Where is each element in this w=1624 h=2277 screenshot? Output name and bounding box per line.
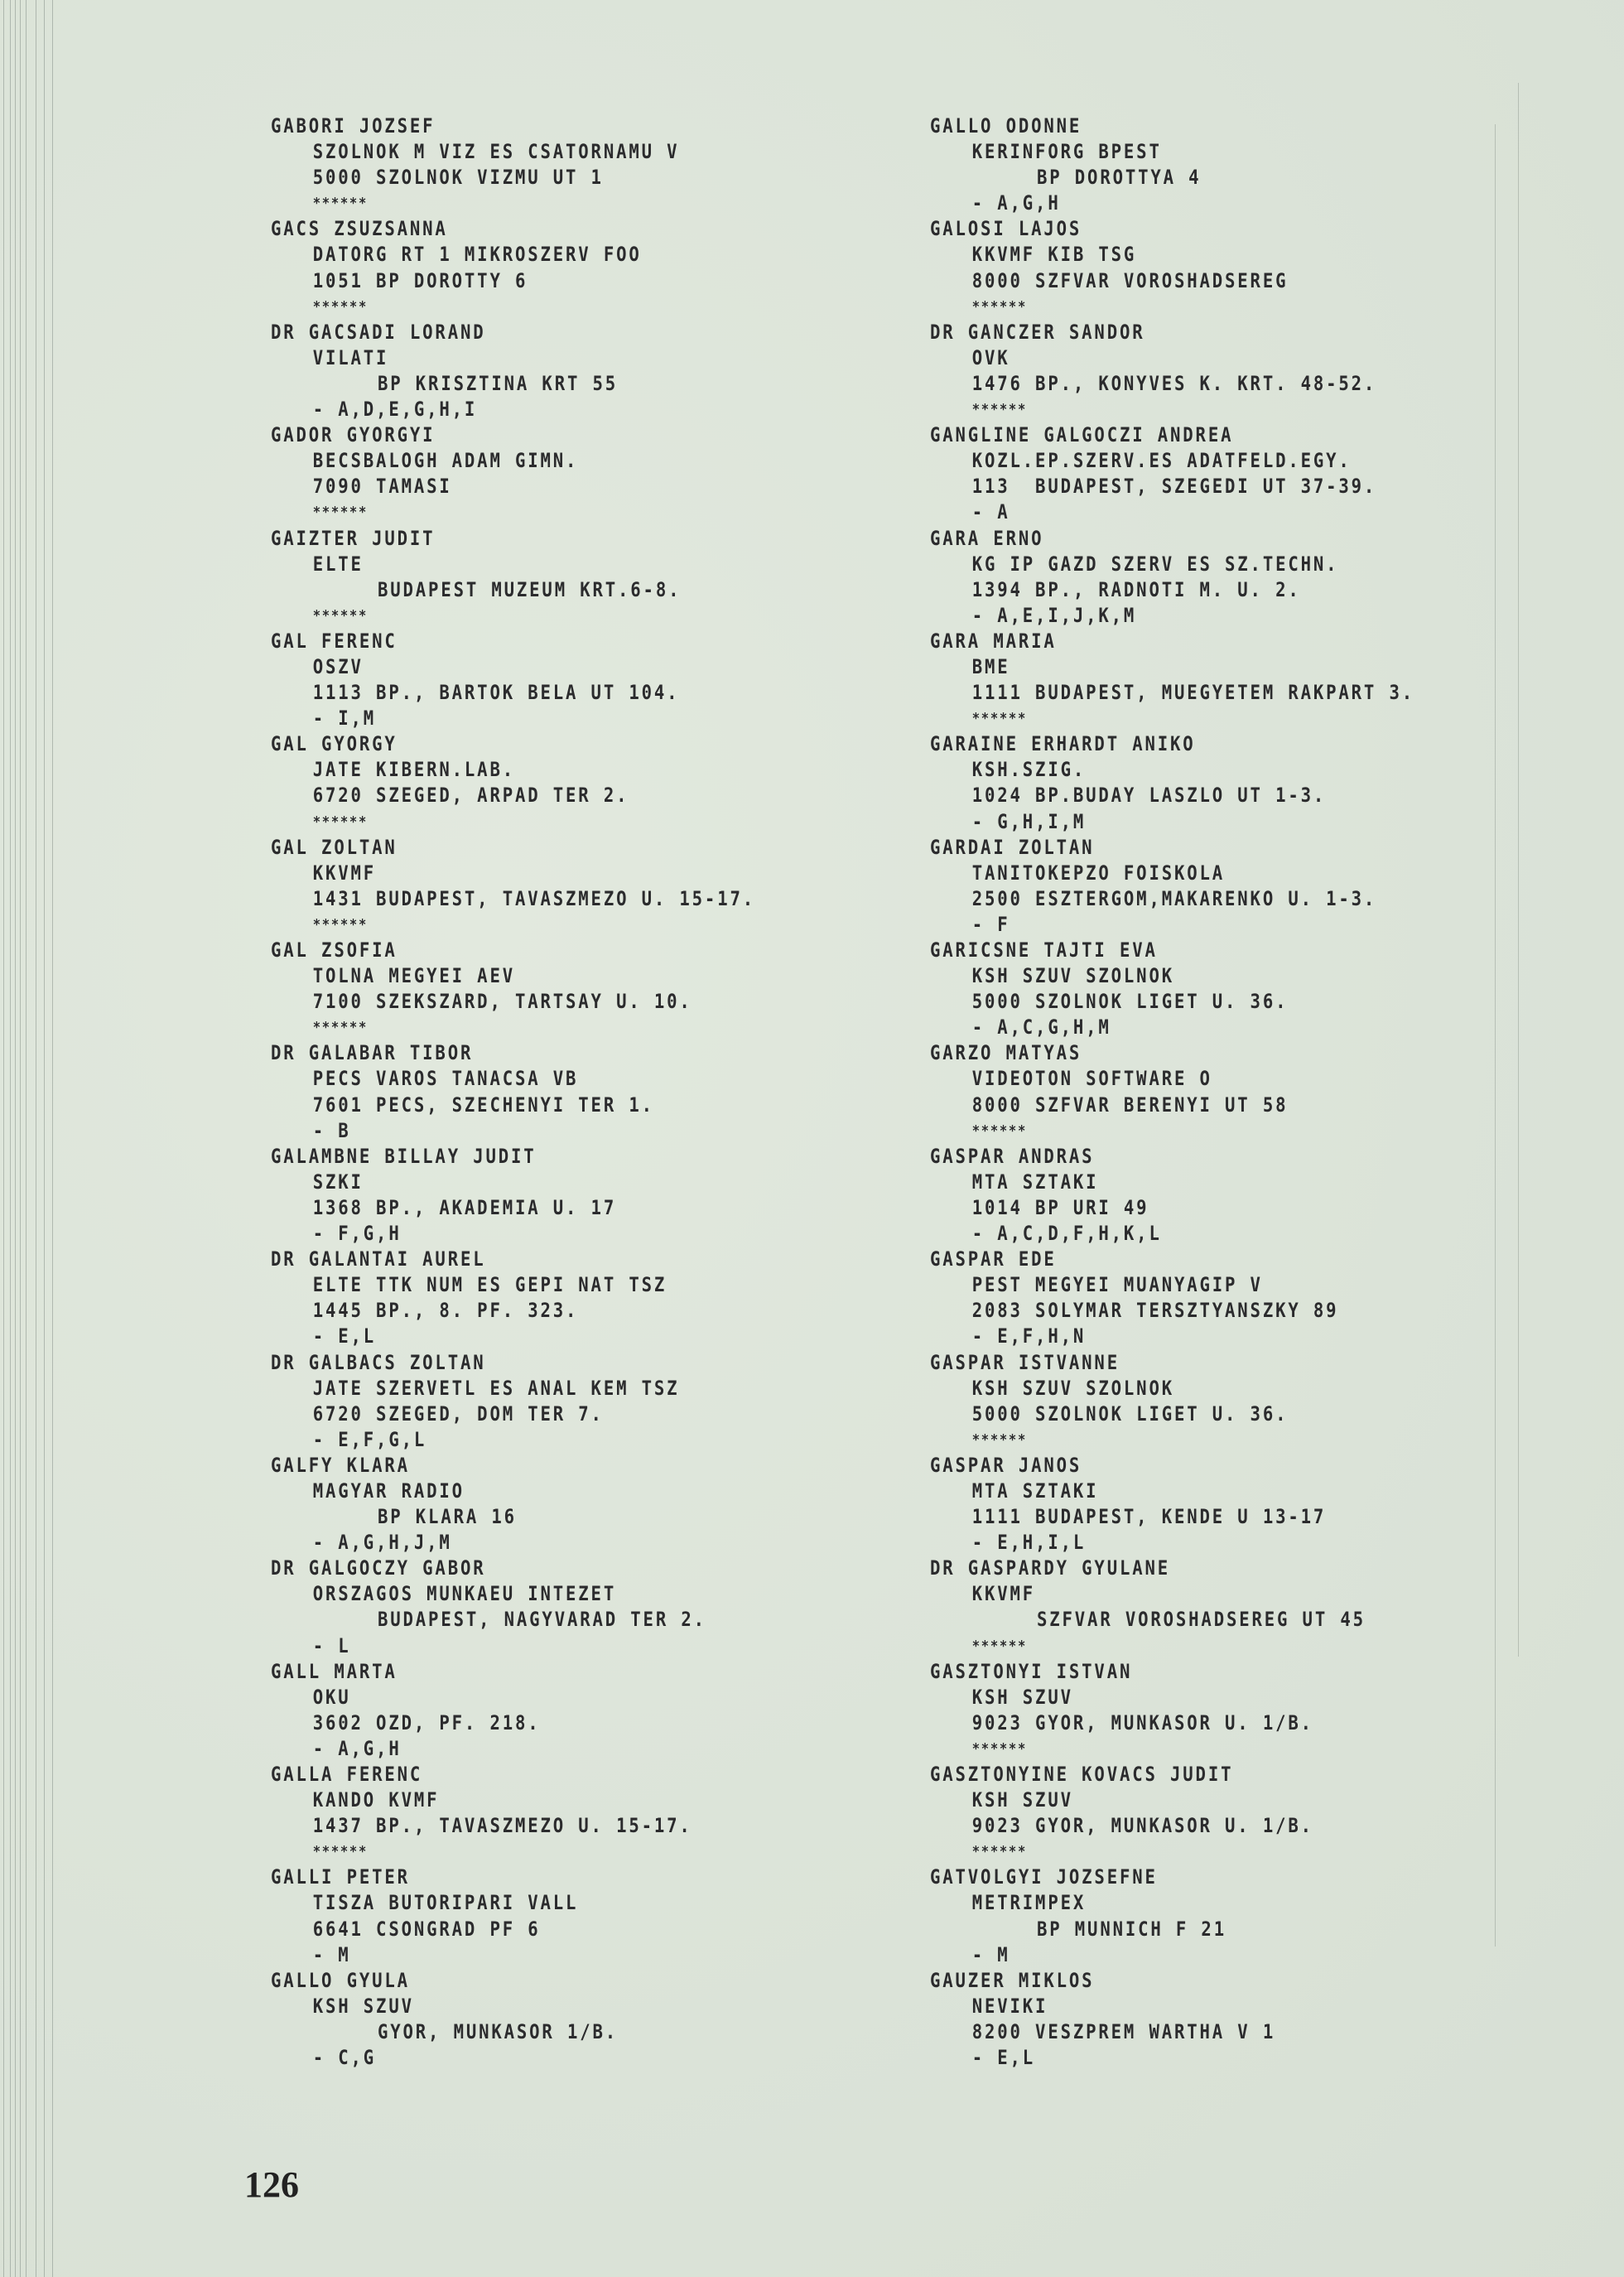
category-codes: - A,C,D,F,H,K,L [930, 1221, 1414, 1247]
address: 5000 SZOLNOK LIGET U. 36. [930, 1401, 1414, 1427]
organization: KSH SZUV [930, 1685, 1414, 1710]
category-codes: - E,H,I,L [930, 1530, 1414, 1556]
category-codes: - E,L [930, 2045, 1414, 2071]
address: 7601 PECS, SZECHENYI TER 1. [271, 1093, 755, 1118]
address: SZFVAR VOROSHADSEREG UT 45 [930, 1607, 1414, 1633]
directory-entry: DR GACSADI LORANDVILATIBP KRISZTINA KRT … [271, 320, 834, 422]
person-name: GARAINE ERHARDT ANIKO [930, 731, 1414, 757]
address: 1394 BP., RADNOTI M. U. 2. [930, 577, 1414, 603]
address: 1111 BUDAPEST, KENDE U 13-17 [930, 1504, 1414, 1530]
category-codes: - G,H,I,M [930, 809, 1414, 835]
address: 1111 BUDAPEST, MUEGYETEM RAKPART 3. [930, 680, 1414, 706]
address: 1445 BP., 8. PF. 323. [271, 1298, 755, 1324]
category-codes: - C,G [271, 2045, 755, 2071]
directory-entry: GAL ZSOFIATOLNA MEGYEI AEV7100 SZEKSZARD… [271, 938, 834, 1040]
address: 113 BUDAPEST, SZEGEDI UT 37-39. [930, 474, 1414, 499]
organization: PECS VAROS TANACSA VB [271, 1066, 755, 1092]
address: 1368 BP., AKADEMIA U. 17 [271, 1195, 755, 1221]
person-name: GANGLINE GALGOCZI ANDREA [930, 422, 1414, 448]
person-name: GASPAR ANDRAS [930, 1144, 1414, 1170]
directory-entry: GAL GYORGYJATE KIBERN.LAB.6720 SZEGED, A… [271, 731, 834, 834]
directory-entry: DR GALANTAI AURELELTE TTK NUM ES GEPI NA… [271, 1247, 834, 1349]
separator-stars: ****** [930, 706, 1414, 731]
person-name: DR GASPARDY GYULANE [930, 1556, 1414, 1581]
person-name: GABORI JOZSEF [271, 113, 755, 139]
person-name: GAIZTER JUDIT [271, 526, 755, 552]
organization: KSH SZUV SZOLNOK [930, 963, 1414, 989]
directory-entry: GALOSI LAJOSKKVMF KIB TSG8000 SZFVAR VOR… [930, 216, 1493, 319]
separator-stars: ****** [271, 191, 755, 216]
address: 5000 SZOLNOK VIZMU UT 1 [271, 165, 755, 191]
separator-stars: ****** [271, 1839, 755, 1865]
directory-entry: GARA MARIABME1111 BUDAPEST, MUEGYETEM RA… [930, 629, 1493, 731]
directory-entry: GASPAR JANOSMTA SZTAKI1111 BUDAPEST, KEN… [930, 1453, 1493, 1556]
organization: BME [930, 654, 1414, 680]
separator-stars: ****** [930, 397, 1414, 422]
separator-stars: ****** [271, 912, 755, 938]
address: 9023 GYOR, MUNKASOR U. 1/B. [930, 1710, 1414, 1736]
directory-entry: GAIZTER JUDITELTEBUDAPEST MUZEUM KRT.6-8… [271, 526, 834, 629]
person-name: GASZTONYINE KOVACS JUDIT [930, 1762, 1414, 1787]
organization: VILATI [271, 345, 755, 371]
directory-entry: GALLI PETERTISZA BUTORIPARI VALL6641 CSO… [271, 1865, 834, 1967]
person-name: GASPAR JANOS [930, 1453, 1414, 1479]
person-name: GALOSI LAJOS [930, 216, 1414, 242]
address: BP DOROTTYA 4 [930, 165, 1414, 191]
organization: KERINFORG BPEST [930, 139, 1414, 165]
separator-stars: ****** [930, 1839, 1414, 1865]
directory-entry: GALLO ODONNEKERINFORG BPESTBP DOROTTYA 4… [930, 113, 1493, 216]
category-codes: - A,E,I,J,K,M [930, 603, 1414, 629]
category-codes: - I,M [271, 706, 755, 731]
directory-column-right: GALLO ODONNEKERINFORG BPESTBP DOROTTYA 4… [930, 113, 1493, 2071]
separator-stars: ****** [930, 294, 1414, 320]
separator-stars: ****** [930, 1633, 1414, 1659]
address: BP KRISZTINA KRT 55 [271, 371, 755, 397]
address: 1437 BP., TAVASZMEZO U. 15-17. [271, 1813, 755, 1839]
person-name: GALLA FERENC [271, 1762, 755, 1787]
separator-stars: ****** [271, 499, 755, 525]
organization: VIDEOTON SOFTWARE O [930, 1066, 1414, 1092]
organization: ELTE [271, 552, 755, 577]
directory-entry: GARDAI ZOLTANTANITOKEPZO FOISKOLA2500 ES… [930, 835, 1493, 938]
directory-entry: GALFY KLARAMAGYAR RADIOBP KLARA 16- A,G,… [271, 1453, 834, 1556]
organization: KOZL.EP.SZERV.ES ADATFELD.EGY. [930, 448, 1414, 474]
address: 2083 SOLYMAR TERSZTYANSZKY 89 [930, 1298, 1414, 1324]
address: 1024 BP.BUDAY LASZLO UT 1-3. [930, 783, 1414, 808]
directory-entry: GAL ZOLTANKKVMF1431 BUDAPEST, TAVASZMEZO… [271, 835, 834, 938]
directory-entry: DR GALBACS ZOLTANJATE SZERVETL ES ANAL K… [271, 1350, 834, 1453]
person-name: GAL FERENC [271, 629, 755, 654]
organization: KSH SZUV [271, 1994, 755, 2019]
address: BUDAPEST MUZEUM KRT.6-8. [271, 577, 755, 603]
show-through-rule [1518, 83, 1519, 1657]
category-codes: - L [271, 1633, 755, 1659]
person-name: GALL MARTA [271, 1659, 755, 1685]
address: 2500 ESZTERGOM,MAKARENKO U. 1-3. [930, 886, 1414, 912]
organization: OSZV [271, 654, 755, 680]
directory-entry: GASZTONYI ISTVANKSH SZUV9023 GYOR, MUNKA… [930, 1659, 1493, 1762]
person-name: GASPAR EDE [930, 1247, 1414, 1272]
organization: KSH SZUV [930, 1787, 1414, 1813]
organization: KANDO KVMF [271, 1787, 755, 1813]
address: BP KLARA 16 [271, 1504, 755, 1530]
directory-entry: GARA ERNOKG IP GAZD SZERV ES SZ.TECHN.13… [930, 526, 1493, 629]
page-edge-lines [0, 0, 53, 2277]
person-name: DR GALANTAI AUREL [271, 1247, 755, 1272]
address: GYOR, MUNKASOR 1/B. [271, 2019, 755, 2045]
organization: OVK [930, 345, 1414, 371]
person-name: DR GALABAR TIBOR [271, 1040, 755, 1066]
organization: KSH SZUV SZOLNOK [930, 1376, 1414, 1401]
directory-entry: DR GALGOCZY GABORORSZAGOS MUNKAEU INTEZE… [271, 1556, 834, 1658]
address: 5000 SZOLNOK LIGET U. 36. [930, 989, 1414, 1015]
directory-entry: GABORI JOZSEFSZOLNOK M VIZ ES CSATORNAMU… [271, 113, 834, 216]
directory-entry: GALLA FERENCKANDO KVMF1437 BP., TAVASZME… [271, 1762, 834, 1865]
address: 8000 SZFVAR VOROSHADSEREG [930, 268, 1414, 294]
category-codes: - A [930, 499, 1414, 525]
category-codes: - A,G,H [271, 1736, 755, 1762]
address: 1113 BP., BARTOK BELA UT 104. [271, 680, 755, 706]
category-codes: - M [930, 1942, 1414, 1968]
separator-stars: ****** [930, 1736, 1414, 1762]
organization: PEST MEGYEI MUANYAGIP V [930, 1272, 1414, 1298]
organization: MAGYAR RADIO [271, 1479, 755, 1504]
organization: METRIMPEX [930, 1890, 1414, 1916]
person-name: GARA MARIA [930, 629, 1414, 654]
organization: JATE SZERVETL ES ANAL KEM TSZ [271, 1376, 755, 1401]
organization: DATORG RT 1 MIKROSZERV FOO [271, 242, 755, 268]
person-name: GADOR GYORGYI [271, 422, 755, 448]
directory-entry: GASPAR ANDRASMTA SZTAKI1014 BP URI 49- A… [930, 1144, 1493, 1247]
category-codes: - A,D,E,G,H,I [271, 397, 755, 422]
address: BUDAPEST, NAGYVARAD TER 2. [271, 1607, 755, 1633]
person-name: GACS ZSUZSANNA [271, 216, 755, 242]
category-codes: - B [271, 1118, 755, 1144]
category-codes: - A,C,G,H,M [930, 1015, 1414, 1040]
person-name: GAL ZSOFIA [271, 938, 755, 963]
address: 1051 BP DOROTTY 6 [271, 268, 755, 294]
address: 1014 BP URI 49 [930, 1195, 1414, 1221]
person-name: GALAMBNE BILLAY JUDIT [271, 1144, 755, 1170]
address: 8200 VESZPREM WARTHA V 1 [930, 2019, 1414, 2045]
address: 6720 SZEGED, ARPAD TER 2. [271, 783, 755, 808]
organization: KKVMF [930, 1581, 1414, 1607]
person-name: DR GALBACS ZOLTAN [271, 1350, 755, 1376]
directory-entry: GASZTONYINE KOVACS JUDITKSH SZUV9023 GYO… [930, 1762, 1493, 1865]
category-codes: - A,G,H [930, 191, 1414, 216]
directory-entry: GADOR GYORGYIBECSBALOGH ADAM GIMN.7090 T… [271, 422, 834, 525]
address: 7090 TAMASI [271, 474, 755, 499]
directory-entry: GASPAR ISTVANNEKSH SZUV SZOLNOK5000 SZOL… [930, 1350, 1493, 1453]
address: 6641 CSONGRAD PF 6 [271, 1917, 755, 1942]
person-name: GAL GYORGY [271, 731, 755, 757]
page-number: 126 [244, 2164, 299, 2206]
organization: JATE KIBERN.LAB. [271, 757, 755, 783]
separator-stars: ****** [930, 1118, 1414, 1144]
category-codes: - E,F,H,N [930, 1324, 1414, 1349]
person-name: GALLO ODONNE [930, 113, 1414, 139]
address: 7100 SZEKSZARD, TARTSAY U. 10. [271, 989, 755, 1015]
directory-entry: GALLO GYULAKSH SZUVGYOR, MUNKASOR 1/B.- … [271, 1968, 834, 2071]
directory-entry: GATVOLGYI JOZSEFNEMETRIMPEXBP MUNNICH F … [930, 1865, 1493, 1967]
directory-entry: DR GANCZER SANDOROVK1476 BP., KONYVES K.… [930, 320, 1493, 422]
person-name: GARDAI ZOLTAN [930, 835, 1414, 861]
organization: KG IP GAZD SZERV ES SZ.TECHN. [930, 552, 1414, 577]
organization: TANITOKEPZO FOISKOLA [930, 861, 1414, 886]
organization: KKVMF [271, 861, 755, 886]
category-codes: - A,G,H,J,M [271, 1530, 755, 1556]
category-codes: - M [271, 1942, 755, 1968]
category-codes: - E,F,G,L [271, 1427, 755, 1453]
organization: SZOLNOK M VIZ ES CSATORNAMU V [271, 139, 755, 165]
directory-entry: GALL MARTAOKU3602 OZD, PF. 218.- A,G,H [271, 1659, 834, 1762]
address: BP MUNNICH F 21 [930, 1917, 1414, 1942]
separator-stars: ****** [271, 294, 755, 320]
person-name: GASPAR ISTVANNE [930, 1350, 1414, 1376]
directory-entry: DR GASPARDY GYULANEKKVMFSZFVAR VOROSHADS… [930, 1556, 1493, 1658]
address: 6720 SZEGED, DOM TER 7. [271, 1401, 755, 1427]
directory-entry: GALAMBNE BILLAY JUDITSZKI1368 BP., AKADE… [271, 1144, 834, 1247]
address: 3602 OZD, PF. 218. [271, 1710, 755, 1736]
organization: TOLNA MEGYEI AEV [271, 963, 755, 989]
person-name: GAL ZOLTAN [271, 835, 755, 861]
person-name: DR GACSADI LORAND [271, 320, 755, 345]
person-name: DR GANCZER SANDOR [930, 320, 1414, 345]
organization: NEVIKI [930, 1994, 1414, 2019]
person-name: GAUZER MIKLOS [930, 1968, 1414, 1994]
person-name: GARA ERNO [930, 526, 1414, 552]
directory-entry: GARICSNE TAJTI EVAKSH SZUV SZOLNOK5000 S… [930, 938, 1493, 1040]
directory-entry: GAL FERENCOSZV1113 BP., BARTOK BELA UT 1… [271, 629, 834, 731]
organization: ORSZAGOS MUNKAEU INTEZET [271, 1581, 755, 1607]
address: 9023 GYOR, MUNKASOR U. 1/B. [930, 1813, 1414, 1839]
category-codes: - E,L [271, 1324, 755, 1349]
directory-entry: DR GALABAR TIBORPECS VAROS TANACSA VB760… [271, 1040, 834, 1143]
person-name: GATVOLGYI JOZSEFNE [930, 1865, 1414, 1890]
directory-entry: GANGLINE GALGOCZI ANDREAKOZL.EP.SZERV.ES… [930, 422, 1493, 525]
category-codes: - F [930, 912, 1414, 938]
organization: MTA SZTAKI [930, 1170, 1414, 1195]
organization: TISZA BUTORIPARI VALL [271, 1890, 755, 1916]
separator-stars: ****** [271, 603, 755, 629]
separator-stars: ****** [271, 809, 755, 835]
directory-entry: GASPAR EDEPEST MEGYEI MUANYAGIP V2083 SO… [930, 1247, 1493, 1349]
directory-column-left: GABORI JOZSEFSZOLNOK M VIZ ES CSATORNAMU… [271, 113, 834, 2071]
category-codes: - F,G,H [271, 1221, 755, 1247]
organization: KKVMF KIB TSG [930, 242, 1414, 268]
organization: KSH.SZIG. [930, 757, 1414, 783]
person-name: GALFY KLARA [271, 1453, 755, 1479]
separator-stars: ****** [271, 1015, 755, 1040]
organization: SZKI [271, 1170, 755, 1195]
person-name: DR GALGOCZY GABOR [271, 1556, 755, 1581]
organization: MTA SZTAKI [930, 1479, 1414, 1504]
show-through-rule [1495, 124, 1496, 1947]
organization: OKU [271, 1685, 755, 1710]
separator-stars: ****** [930, 1427, 1414, 1453]
person-name: GALLO GYULA [271, 1968, 755, 1994]
directory-entry: GACS ZSUZSANNADATORG RT 1 MIKROSZERV FOO… [271, 216, 834, 319]
organization: ELTE TTK NUM ES GEPI NAT TSZ [271, 1272, 755, 1298]
directory-entry: GARAINE ERHARDT ANIKOKSH.SZIG.1024 BP.BU… [930, 731, 1493, 834]
address: 1431 BUDAPEST, TAVASZMEZO U. 15-17. [271, 886, 755, 912]
person-name: GARICSNE TAJTI EVA [930, 938, 1414, 963]
person-name: GARZO MATYAS [930, 1040, 1414, 1066]
address: 1476 BP., KONYVES K. KRT. 48-52. [930, 371, 1414, 397]
person-name: GASZTONYI ISTVAN [930, 1659, 1414, 1685]
person-name: GALLI PETER [271, 1865, 755, 1890]
directory-entry: GAUZER MIKLOSNEVIKI8200 VESZPREM WARTHA … [930, 1968, 1493, 2071]
directory-entry: GARZO MATYASVIDEOTON SOFTWARE O8000 SZFV… [930, 1040, 1493, 1143]
organization: BECSBALOGH ADAM GIMN. [271, 448, 755, 474]
address: 8000 SZFVAR BERENYI UT 58 [930, 1093, 1414, 1118]
